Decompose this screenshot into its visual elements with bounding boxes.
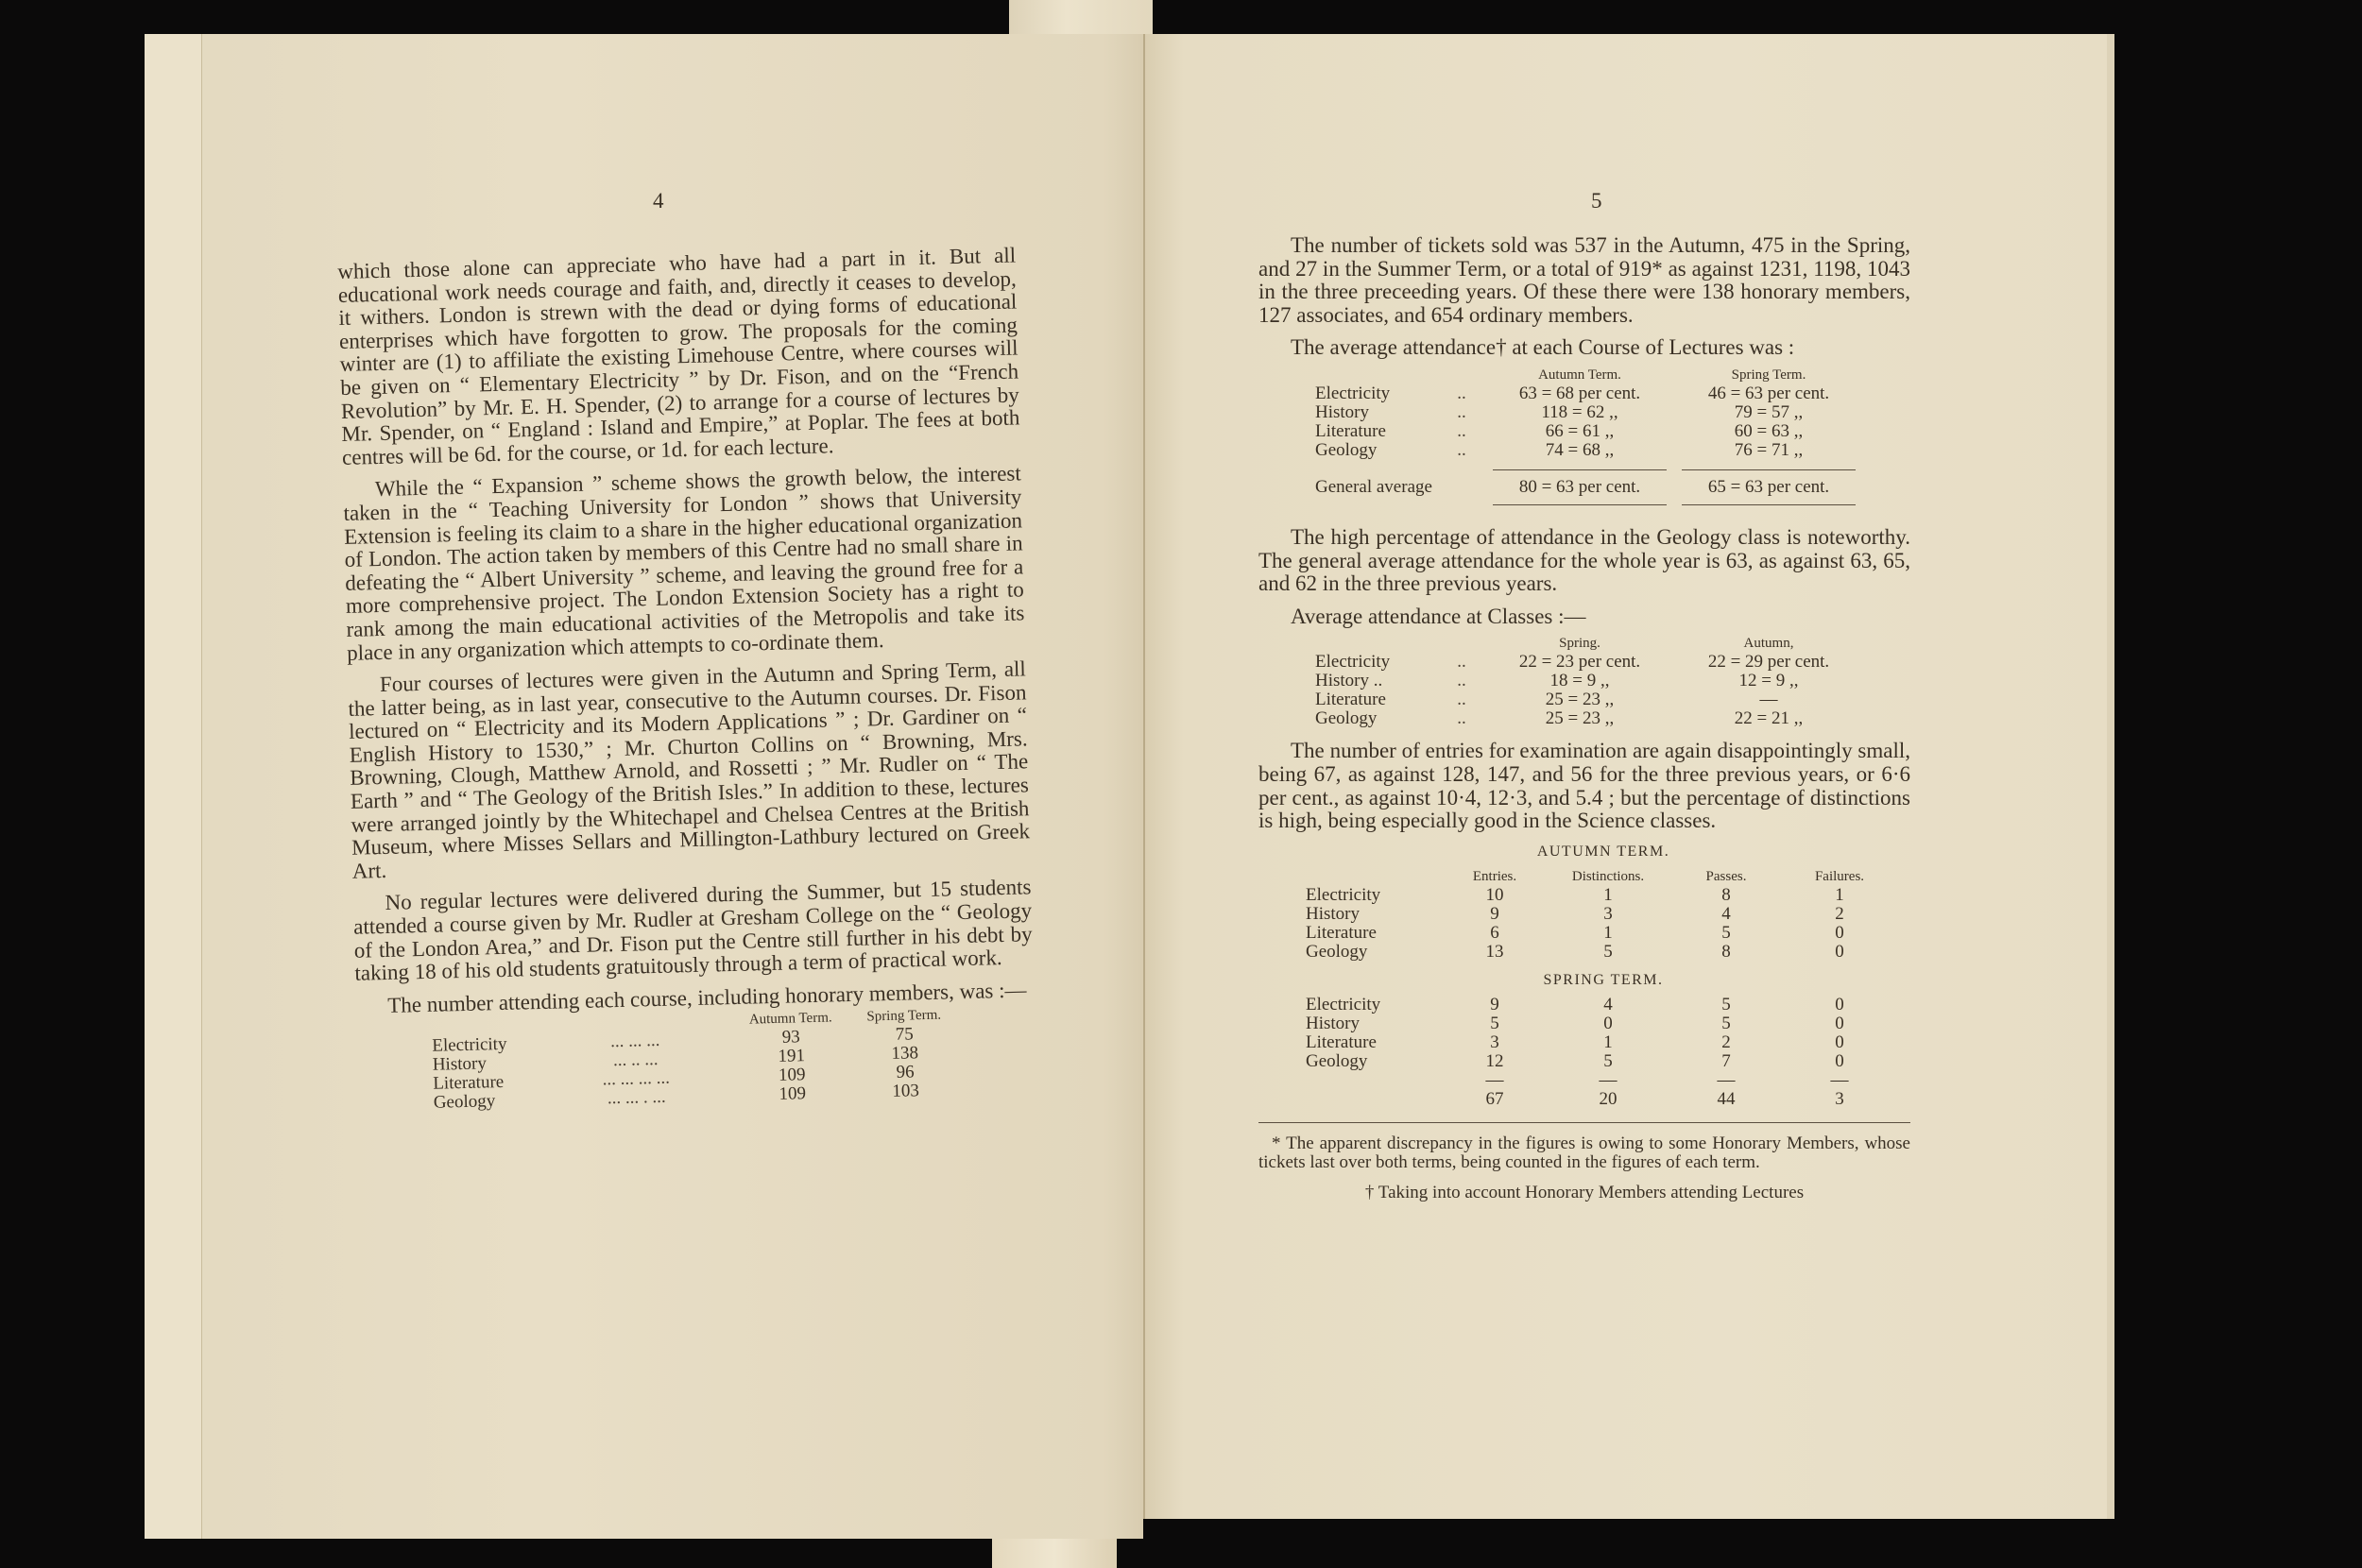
failures-value: 0 [1778,1052,1901,1071]
failures-value: 0 [1778,1033,1901,1052]
spring-term-title: SPRING TERM. [1306,962,1901,996]
header-spring: Spring. [1485,634,1674,653]
distinctions-value: 3 [1542,905,1674,924]
left-page-body: which those alone can appreciate who hav… [337,244,1036,1115]
dot-leader: .. [1438,384,1485,403]
table-row: History 9 3 4 2 [1306,905,1901,924]
dash: — [1778,1071,1901,1090]
autumn-term-title-row: AUTUMN TERM. [1306,843,1901,867]
passes-value: 5 [1674,996,1778,1014]
total-failures: 3 [1778,1090,1901,1109]
underlying-leaf-edge [145,34,202,1539]
autumn-value: 109 [735,1083,848,1105]
autumn-value: 12 = 9 ,, [1674,672,1863,690]
dot-leader: .. [1438,709,1485,728]
subject-label: Geology [1306,943,1447,962]
subject-label: History .. [1315,672,1438,690]
subject-label: Literature [1315,422,1438,441]
table-row: History 5 0 5 0 [1306,1014,1901,1033]
footnote-dagger: † Taking into account Honorary Members a… [1258,1184,1910,1202]
failures-value: 0 [1778,1014,1901,1033]
autumn-value: 118 = 62 ,, [1485,403,1674,422]
right-page-body: The number of tickets sold was 537 in th… [1258,234,1910,1202]
autumn-value: 63 = 68 per cent. [1485,384,1674,403]
rule-row [1315,497,1863,505]
dash: — [1674,1071,1778,1090]
table-row: Electricity 10 1 8 1 [1306,886,1901,905]
table-row: Electricity .. 22 = 23 per cent. 22 = 29… [1315,653,1863,672]
header-passes: Passes. [1674,867,1778,886]
passes-value: 7 [1674,1052,1778,1071]
distinctions-value: 4 [1542,996,1674,1014]
table-row: Electricity 9 4 5 0 [1306,996,1901,1014]
failures-value: 1 [1778,886,1901,905]
autumn-value: 22 = 21 ,, [1674,709,1863,728]
subject-label: History [433,1054,537,1076]
entries-value: 6 [1447,924,1542,943]
table-row: Literature 6 1 5 0 [1306,924,1901,943]
header-failures: Failures. [1778,867,1901,886]
distinctions-value: 1 [1542,924,1674,943]
spring-value: 79 = 57 ,, [1674,403,1863,422]
table-row: History .. .. 18 = 9 ,, 12 = 9 ,, [1315,672,1863,690]
footnote-asterisk: * The apparent discrepancy in the figure… [1258,1134,1910,1172]
spring-value: 46 = 63 per cent. [1674,384,1863,403]
failures-value: 0 [1778,943,1901,962]
page-number-4: 4 [653,189,664,213]
passes-value: 2 [1674,1033,1778,1052]
divider [1493,504,1667,505]
dot-leader: .. [1438,653,1485,672]
dot-leader: .. [1438,672,1485,690]
total-entries: 67 [1447,1090,1542,1109]
subject-label: Literature [1306,924,1447,943]
subject-label: Geology [1306,1052,1447,1071]
header-distinctions: Distinctions. [1542,867,1674,886]
general-average-row: General average 80 = 63 per cent. 65 = 6… [1315,470,1863,497]
table-row: Literature 3 1 2 0 [1306,1033,1901,1052]
passes-value: 5 [1674,1014,1778,1033]
divider [1682,504,1856,505]
autumn-value: 66 = 61 ,, [1485,422,1674,441]
class-attendance-table: Spring. Autumn, Electricity .. 22 = 23 p… [1315,634,1863,728]
paragraph-tickets: The number of tickets sold was 537 in th… [1258,234,1910,327]
dot-leader: .. [1438,441,1485,460]
spring-value: 22 = 23 per cent. [1485,653,1674,672]
entries-value: 13 [1447,943,1542,962]
dash: — [1447,1071,1542,1090]
general-autumn-value: 80 = 63 per cent. [1485,470,1674,497]
passes-value: 8 [1674,943,1778,962]
paragraph-geology: The high percentage of attendance in the… [1258,526,1910,596]
dot-leader: .. [1438,422,1485,441]
subject-label: History [1315,403,1438,422]
autumn-term-title: AUTUMN TERM. [1306,843,1901,867]
failures-value: 0 [1778,996,1901,1014]
general-average-label: General average [1315,470,1485,497]
dot-leader: ... ... . ... [538,1086,736,1110]
paragraph-courses: Four courses of lectures were given in t… [348,657,1031,883]
distinctions-value: 0 [1542,1014,1674,1033]
spring-value: 76 = 71 ,, [1674,441,1863,460]
spring-term-title-row: SPRING TERM. [1306,962,1901,996]
attendance-table: Autumn Term. Spring Term. Electricity ..… [432,1006,963,1114]
subject-label: Literature [1306,1033,1447,1052]
spring-value: 60 = 63 ,, [1674,422,1863,441]
header-spring-term: Spring Term. [1674,366,1863,384]
exam-results-table: AUTUMN TERM. Entries. Distinctions. Pass… [1306,843,1901,1109]
entries-value: 3 [1447,1033,1542,1052]
table-row: Geology .. 74 = 68 ,, 76 = 71 ,, [1315,441,1863,460]
subject-label: Electricity [432,1035,536,1057]
paragraph-classes-intro: Average attendance at Classes :— [1258,605,1910,629]
table-row: Geology 13 5 8 0 [1306,943,1901,962]
total-passes: 44 [1674,1090,1778,1109]
binding-tape-top [1009,0,1153,38]
passes-value: 5 [1674,924,1778,943]
entries-value: 10 [1447,886,1542,905]
table-row: Geology .. 25 = 23 ,, 22 = 21 ,, [1315,709,1863,728]
subject-label: Geology [1315,441,1438,460]
page-number-5: 5 [1591,189,1602,213]
paragraph-exams: The number of entries for examination ar… [1258,740,1910,832]
page-stack-edge [2107,34,2114,1519]
right-page: 5 The number of tickets sold was 537 in … [1143,34,2107,1519]
table-header-row: Spring. Autumn, [1315,634,1863,653]
table-row: History .. 118 = 62 ,, 79 = 57 ,, [1315,403,1863,422]
entries-value: 9 [1447,905,1542,924]
paragraph-intro: which those alone can appreciate who hav… [337,244,1020,469]
table-header-row: Autumn Term. Spring Term. [1315,366,1863,384]
paragraph-average-attendance-intro: The average attendance† at each Course o… [1258,336,1910,360]
table-header-row: Entries. Distinctions. Passes. Failures. [1306,867,1901,886]
course-attendance-table: Autumn Term. Spring Term. Electricity ..… [1315,366,1863,505]
header-autumn: Autumn, [1674,634,1863,653]
distinctions-value: 5 [1542,943,1674,962]
dot-leader: .. [1438,403,1485,422]
subject-label: Electricity [1315,653,1438,672]
failures-value: 0 [1778,924,1901,943]
header-entries: Entries. [1447,867,1542,886]
entries-value: 12 [1447,1052,1542,1071]
entries-value: 9 [1447,996,1542,1014]
subject-label: Literature [1315,690,1438,709]
subject-label: Geology [1315,709,1438,728]
left-page: 4 which those alone can appreciate who h… [145,34,1143,1539]
spring-value: 25 = 23 ,, [1485,690,1674,709]
subject-label: History [1306,905,1447,924]
spring-value: 25 = 23 ,, [1485,709,1674,728]
paragraph-expansion: While the “ Expansion ” scheme shows the… [343,463,1026,665]
table-row: Literature .. 66 = 61 ,, 60 = 63 ,, [1315,422,1863,441]
totals-row: 67 20 44 3 [1306,1090,1901,1109]
subject-label: Geology [434,1092,538,1114]
passes-value: 4 [1674,905,1778,924]
subject-label: Literature [433,1073,537,1095]
autumn-value: 74 = 68 ,, [1485,441,1674,460]
distinctions-value: 1 [1542,1033,1674,1052]
autumn-value: 22 = 29 per cent. [1674,653,1863,672]
dot-leader: .. [1438,690,1485,709]
subject-label: Electricity [1306,886,1447,905]
failures-value: 2 [1778,905,1901,924]
autumn-value: — [1674,690,1863,709]
spring-value: 103 [848,1082,962,1103]
table-row: Electricity .. 63 = 68 per cent. 46 = 63… [1315,384,1863,403]
general-spring-value: 65 = 63 per cent. [1674,470,1863,497]
subject-label: Electricity [1306,996,1447,1014]
distinctions-value: 1 [1542,886,1674,905]
table-row: Geology 12 5 7 0 [1306,1052,1901,1071]
subject-label: History [1306,1014,1447,1033]
distinctions-value: 5 [1542,1052,1674,1071]
subject-label: Electricity [1315,384,1438,403]
rule-row [1315,460,1863,470]
table-row: Literature .. 25 = 23 ,, — [1315,690,1863,709]
footnote-divider [1258,1122,1910,1123]
dash-row: — — — — [1306,1071,1901,1090]
passes-value: 8 [1674,886,1778,905]
paragraph-summer: No regular lectures were delivered durin… [352,877,1033,986]
entries-value: 5 [1447,1014,1542,1033]
header-autumn-term: Autumn Term. [1485,366,1674,384]
total-distinctions: 20 [1542,1090,1674,1109]
dash: — [1542,1071,1674,1090]
spring-value: 18 = 9 ,, [1485,672,1674,690]
